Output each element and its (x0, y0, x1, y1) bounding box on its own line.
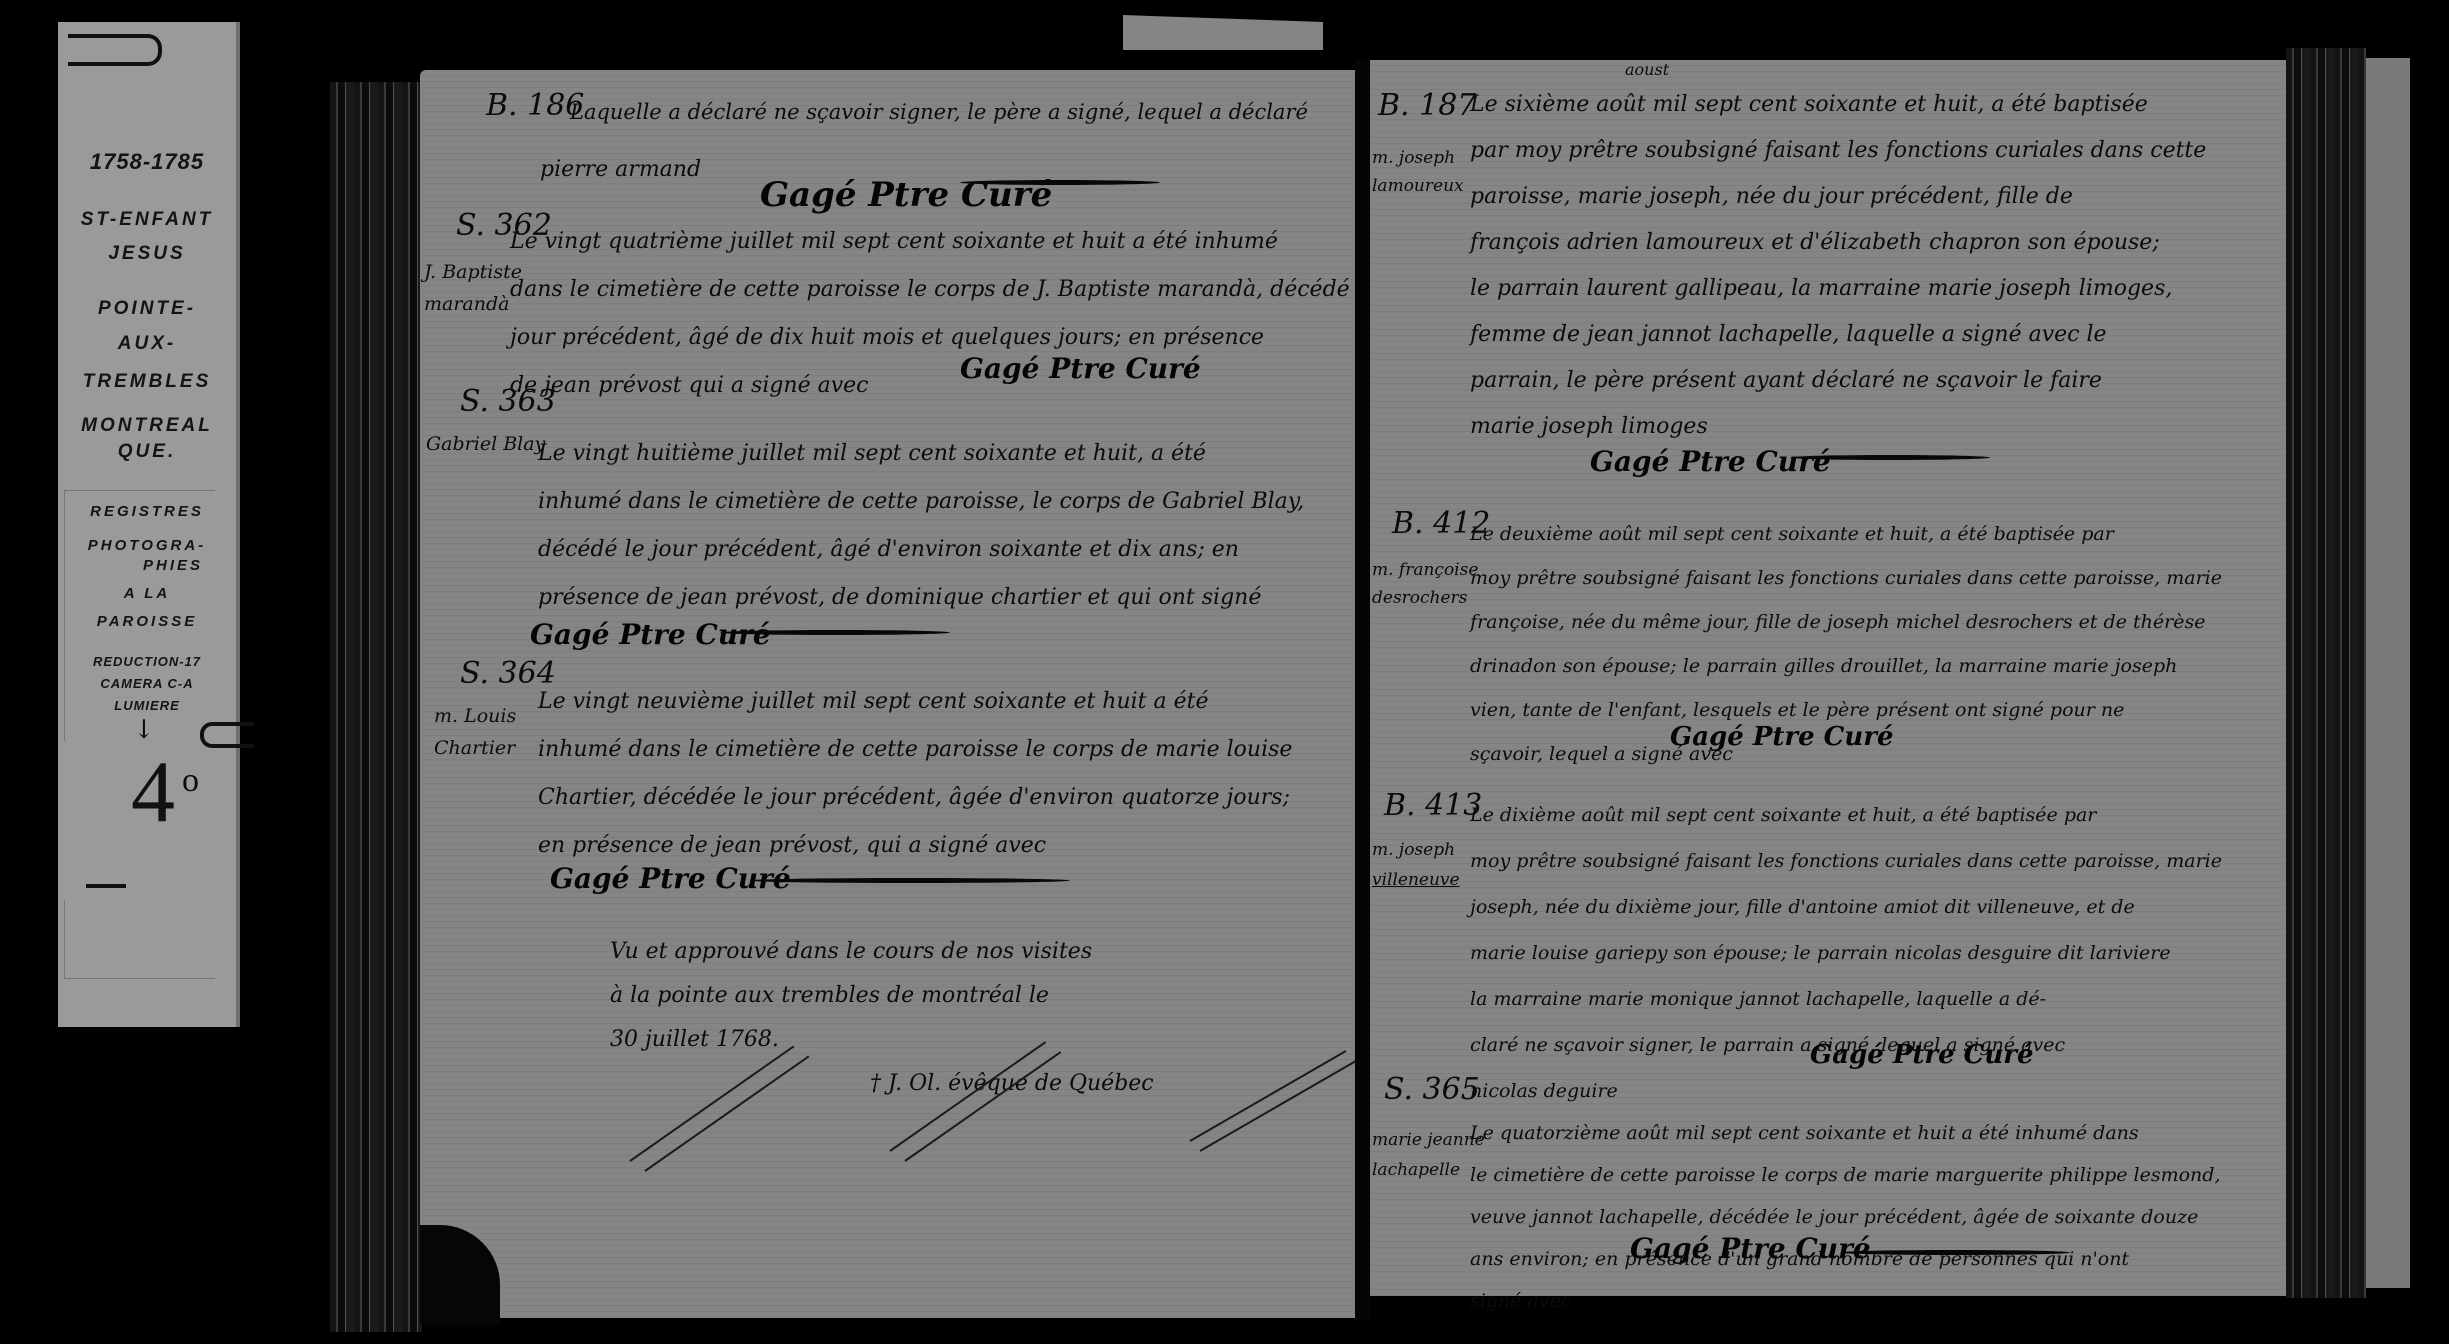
entry-text: Le quatorzième août mil sept cent soixan… (1470, 1112, 2220, 1322)
entry-line: Laquelle a déclaré ne sçavoir signer, le… (570, 88, 1308, 136)
entry-line: inhumé dans le cimetière de cette parois… (538, 726, 1292, 774)
card-parish-5: AUX- (62, 332, 232, 356)
margin-name: m. Louis (434, 702, 516, 730)
signature-flourish (720, 630, 950, 635)
entry-line: paroisse, marie joseph, née du jour préc… (1470, 174, 2206, 220)
entry-number: S. 363 (460, 388, 556, 416)
book-gutter (1355, 60, 1371, 1320)
entry-line: dans le cimetière de cette paroisse le c… (510, 266, 1377, 314)
entry-line: Le deuxième août mil sept cent soixante … (1470, 512, 2222, 556)
entry-line: Le vingt neuvième juillet mil sept cent … (538, 678, 1292, 726)
priest-signature: Gagé Ptre Curé (1810, 1040, 2034, 1070)
entry-line: présence de jean prévost, de dominique c… (538, 574, 1304, 622)
top-paper-flap (1123, 15, 1323, 50)
book-right-edge (2286, 48, 2366, 1298)
paper-clip-icon (68, 34, 162, 66)
card-note-1: REGISTRES (62, 500, 232, 524)
card-parish-8: MONTREAL (62, 414, 232, 438)
left-page: B. 186 Laquelle a déclaré ne sçavoir sig… (420, 70, 1355, 1318)
approval-line: Vu et approuvé dans le cours de nos visi… (610, 930, 1092, 974)
entry-number: B. 187 (1378, 92, 1476, 120)
entry-line: de jean prévost qui a signé avec (510, 362, 1377, 410)
margin-name: Chartier (434, 734, 515, 762)
margin-name: marandà (424, 290, 509, 318)
entry-line: Chartier, décédée le jour précédent, âgé… (538, 774, 1292, 822)
margin-name: villeneuve (1372, 866, 1460, 894)
card-note-4: A LA (62, 582, 232, 606)
entry-line: Le vingt huitième juillet mil sept cent … (538, 430, 1304, 478)
entry-line: le cimetière de cette paroisse le corps … (1470, 1154, 2220, 1196)
entry-line: signé avec (1470, 1280, 2220, 1322)
margin-name: m. joseph (1372, 836, 1455, 864)
right-page: B. 187 m. joseph lamoureux aoust Le sixi… (1370, 60, 2286, 1296)
godfather-signature: nicolas deguire (1470, 1068, 2222, 1114)
entry-line: la marraine marie monique jannot lachape… (1470, 976, 2222, 1022)
card-dash (86, 884, 126, 888)
cancel-stroke (1200, 1060, 1357, 1152)
entry-line: par moy prêtre soubsigné faisant les fon… (1470, 128, 2206, 174)
paper-clip-icon (200, 722, 254, 748)
entry-text: Le vingt neuvième juillet mil sept cent … (538, 678, 1292, 870)
margin-name: desrochers (1372, 584, 1467, 612)
signature-flourish (1840, 1250, 2070, 1255)
entry-number: S. 365 (1384, 1076, 1480, 1104)
card-parish-4: POINTE- (62, 297, 232, 321)
entry-text: Le vingt quatrième juillet mil sept cent… (510, 218, 1377, 410)
margin-name: J. Baptiste (424, 258, 522, 286)
entry-line: moy prêtre soubsigné faisant les fonctio… (1470, 556, 2222, 600)
card-note-7: REDUCTION-17 (62, 650, 232, 674)
entry-line: françoise, née du même jour, fille de jo… (1470, 600, 2222, 644)
card-parish-2: JESUS (62, 242, 232, 266)
entry-line: parrain, le père présent ayant déclaré n… (1470, 358, 2206, 404)
down-arrow-icon: ↓ (133, 715, 155, 745)
entry-line: le parrain laurent gallipeau, la marrain… (1470, 266, 2206, 312)
entry-line: moy prêtre soubsigné faisant les fonctio… (1470, 838, 2222, 884)
card-parish-1: ST-ENFANT (62, 208, 232, 232)
cancel-stroke (1190, 1050, 1347, 1142)
entry-line: femme de jean jannot lachapelle, laquell… (1470, 312, 2206, 358)
signature-flourish (1790, 455, 1990, 460)
card-box-lower (64, 900, 215, 979)
card-parish-9: QUE. (62, 440, 232, 464)
card-note-8: CAMERA C-A (62, 672, 232, 696)
cancel-stroke (644, 1055, 809, 1171)
signature-flourish (750, 878, 1070, 883)
priest-signature: Gagé Ptre Curé (1590, 445, 1831, 478)
entry-line: joseph, née du dixième jour, fille d'ant… (1470, 884, 2222, 930)
approval-line: 30 juillet 1768. (610, 1018, 1092, 1062)
entry-line: drinadon son épouse; le parrain gilles d… (1470, 644, 2222, 688)
card-parish-6: TREMBLES (62, 370, 232, 394)
entry-line: Le dixième août mil sept cent soixante e… (1470, 792, 2222, 838)
book-left-edge (330, 82, 422, 1332)
index-card: 1758-1785 ST-ENFANT JESUS POINTE- AUX- T… (58, 22, 240, 1027)
entry-line: françois adrien lamoureux et d'élizabeth… (1470, 220, 2206, 266)
signature-flourish (960, 180, 1160, 185)
superscript-correction: aoust (1625, 58, 1669, 82)
priest-signature: Gagé Ptre Curé (1630, 1232, 1871, 1265)
entry-name: pierre armand (540, 146, 701, 194)
margin-name: marie jeanne (1372, 1126, 1485, 1154)
cancel-stroke (629, 1045, 794, 1161)
entry-line: jour précédent, âgé de dix huit mois et … (510, 314, 1377, 362)
entry-text: Le vingt huitième juillet mil sept cent … (538, 430, 1304, 622)
godmother-signature: marie joseph limoges (1470, 404, 2206, 450)
priest-signature: Gagé Ptre Curé (960, 352, 1201, 385)
margin-name: lachapelle (1372, 1156, 1460, 1184)
margin-name: lamoureux (1372, 172, 1464, 200)
approval-text: Vu et approuvé dans le cours de nos visi… (610, 930, 1092, 1062)
entry-line: Le vingt quatrième juillet mil sept cent… (510, 218, 1377, 266)
priest-signature: Gagé Ptre Curé (530, 618, 771, 651)
approval-line: à la pointe aux trembles de montréal le (610, 974, 1092, 1018)
margin-name: Gabriel Blay (426, 430, 545, 458)
book-right-strip (2366, 58, 2410, 1288)
card-years: 1758-1785 (62, 150, 232, 174)
entry-line: Le sixième août mil sept cent soixante e… (1470, 82, 2206, 128)
entry-number: B. 413 (1384, 792, 1482, 820)
volume-suffix: o (182, 762, 199, 800)
margin-name: m. joseph (1372, 144, 1455, 172)
margin-name: m. françoise (1372, 556, 1478, 584)
entry-text: Le sixième août mil sept cent soixante e… (1470, 82, 2206, 450)
priest-signature: Gagé Ptre Curé (550, 862, 791, 895)
priest-signature: Gagé Ptre Curé (1670, 722, 1894, 752)
card-note-3: PHIES (88, 554, 258, 578)
entry-line: marie louise gariepy son épouse; le parr… (1470, 930, 2222, 976)
entry-line: décédé le jour précédent, âgé d'environ … (538, 526, 1304, 574)
entry-line: inhumé dans le cimetière de cette parois… (538, 478, 1304, 526)
card-note-5: PAROISSE (62, 610, 232, 634)
entry-line: Le quatorzième août mil sept cent soixan… (1470, 1112, 2220, 1154)
